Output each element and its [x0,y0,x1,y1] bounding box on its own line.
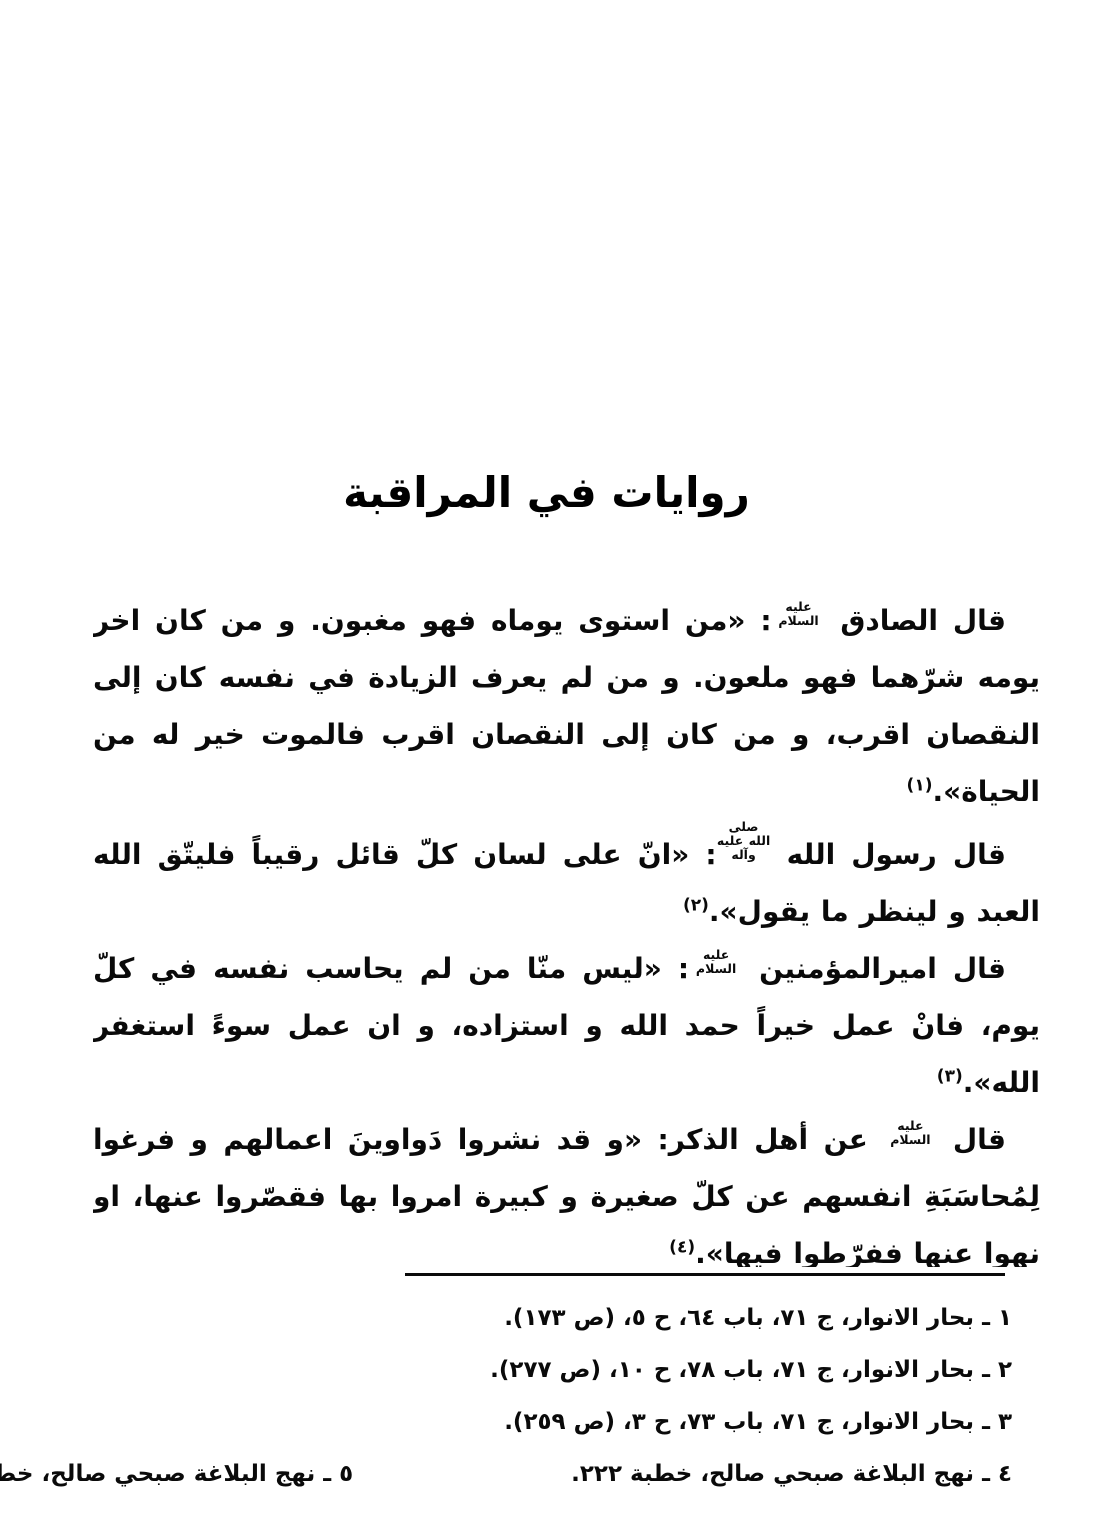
honorific-mark: صلى الله عليه وآله [717,820,771,862]
footnote-marker: (٢) [683,896,709,916]
book-page: روايات في المراقبة قال الصادق عليه السلا… [0,0,1093,1538]
footnote: ٢ ـ بحار الانوار، ج ٧١، باب ٧٨، ح ١٠، (ص… [490,1344,1012,1396]
footnote: ٥ ـ نهج البلاغة صبحي صالح، خطبة ٢٢٢. [0,1448,353,1500]
honorific-mark: عليه السلام [883,1119,937,1147]
body-paragraphs: قال الصادق عليه السلام: «من استوى يوماه … [93,592,1040,1267]
paragraph-2: قال رسول الله صلى الله عليه وآله: «انّ ع… [93,820,1040,940]
footnote-row-1: ١ ـ بحار الانوار، ج ٧١، باب ٦٤، ح ٥، (ص … [90,1292,1012,1344]
text-run: قال رسول الله [771,838,1006,871]
footnote-row-2: ٢ ـ بحار الانوار، ج ٧١، باب ٧٨، ح ١٠، (ص… [90,1344,1012,1396]
footnotes: ١ ـ بحار الانوار، ج ٧١، باب ٦٤، ح ٥، (ص … [90,1292,1012,1500]
honorific-mark: عليه السلام [689,948,743,976]
footnote: ٤ ـ نهج البلاغة صبحي صالح، خطبة ٢٢٢. [571,1448,1012,1500]
paragraph-1: قال الصادق عليه السلام: «من استوى يوماه … [93,592,1040,820]
footnote-marker: (١) [907,776,933,796]
text-run: قال اميرالمؤمنين [743,952,1006,985]
footnote-marker: (٤) [669,1238,695,1258]
text-run: قال الصادق [826,604,1006,637]
footnote: ١ ـ بحار الانوار، ج ٧١، باب ٦٤، ح ٥، (ص … [504,1292,1012,1344]
paragraph-3: قال اميرالمؤمنين عليه السلام: «ليس منّا … [93,940,1040,1111]
footnote: ٣ ـ بحار الانوار، ج ٧١، باب ٧٣، ح ٣، (ص … [504,1396,1012,1448]
page-title: روايات في المراقبة [0,468,1093,517]
footnote-marker: (٣) [937,1067,963,1087]
paragraph-4: قال عليه السلام عن أهل الذكر: «و قد نشرو… [93,1111,1040,1267]
footnote-row-3: ٣ ـ بحار الانوار، ج ٧١، باب ٧٣، ح ٣، (ص … [90,1396,1012,1448]
footnote-row-4: ٤ ـ نهج البلاغة صبحي صالح، خطبة ٢٢٢.٥ ـ … [90,1448,1012,1500]
text-run: قال [937,1123,1006,1156]
honorific-mark: عليه السلام [772,600,826,628]
footnote-separator [405,1273,1005,1276]
